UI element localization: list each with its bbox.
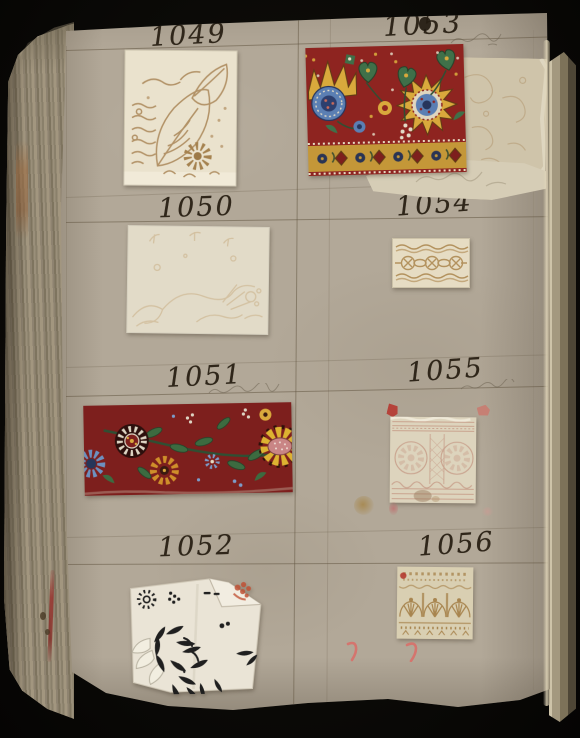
adjacent-page-edge	[549, 52, 576, 722]
page-stain-pink	[389, 502, 398, 515]
sample-number-1056: 1056	[417, 526, 496, 562]
sample-number-1050: 1050	[157, 191, 235, 225]
sample-number-1052: 1052	[157, 530, 235, 564]
pencil-annotation-1055	[458, 379, 520, 393]
pencil-annotation-1051	[206, 383, 290, 397]
edge-spot	[40, 612, 46, 620]
fabric-swatch-1054	[392, 238, 470, 288]
fabric-swatch-1055	[390, 417, 477, 504]
red-fabric-fragment	[386, 403, 399, 417]
red-fabric-fragment	[476, 404, 490, 416]
rule-line-row2	[66, 216, 548, 223]
edge-stain	[16, 140, 28, 240]
album-page: 1049 1053 1050 1054 1051 1055 1052 1056	[58, 0, 555, 730]
pink-mark	[345, 640, 359, 662]
edge-spot	[45, 629, 50, 635]
pink-mark	[404, 640, 419, 662]
fabric-swatch-1049	[123, 50, 237, 187]
page-stain-pink	[482, 507, 493, 516]
fabric-swatch-1051	[83, 402, 293, 496]
page-stain	[354, 496, 374, 515]
fabric-swatch-1050	[126, 225, 269, 335]
fabric-swatch-1056	[397, 567, 474, 640]
rule-line-row4	[66, 562, 548, 565]
sample-number-1049: 1049	[149, 18, 227, 53]
fabric-swatch-1052	[125, 575, 264, 694]
photo-canvas: 1049 1053 1050 1054 1051 1055 1052 1056	[0, 0, 580, 738]
fabric-swatch-1053	[305, 44, 466, 176]
page-edge-highlight	[543, 40, 550, 706]
